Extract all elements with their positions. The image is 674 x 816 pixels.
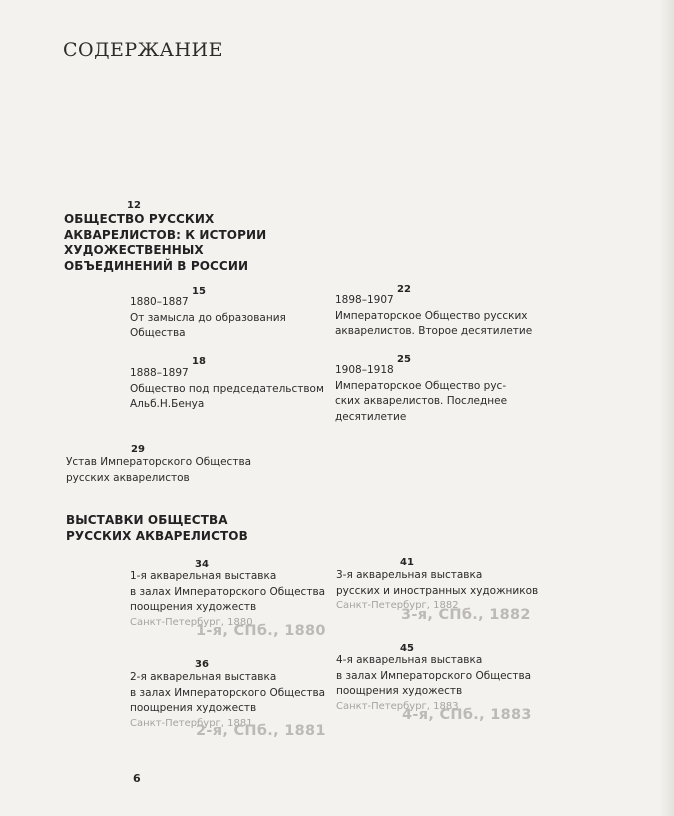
heading-line: ВЫСТАВКИ ОБЩЕСТВА <box>66 513 248 529</box>
heading-line: ОБЩЕСТВО РУССКИХ <box>64 212 266 228</box>
section-heading-exhibitions: ВЫСТАВКИ ОБЩЕСТВА РУССКИХ АКВАРЕЛИСТОВ <box>66 513 248 544</box>
stamp-overlay: 1-я, СПб., 1880 <box>196 623 326 639</box>
entry-title-line: Императорское Общество русских <box>335 309 532 325</box>
toc-entry: 1898–1907 Императорское Общество русских… <box>335 293 532 340</box>
entry-title-line: десятилетие <box>335 410 507 426</box>
heading-line: ОБЪЕДИНЕНИЙ В РОССИИ <box>64 259 266 275</box>
toc-entry-statute: Устав Императорского Общества русских ак… <box>66 455 251 486</box>
entry-title-line: русских и иностранных художников <box>336 584 538 600</box>
heading-line: АКВАРЕЛИСТОВ: К ИСТОРИИ <box>64 228 266 244</box>
entry-title-line: Общество под председательством <box>130 382 324 398</box>
toc-entry: 1880–1887 От замысла до образования Обще… <box>130 295 286 342</box>
entry-title-line: От замысла до образования <box>130 311 286 327</box>
entry-title-line: поощрения художеств <box>336 684 531 700</box>
entry-years: 1888–1897 <box>130 366 324 382</box>
section-page-number: 29 <box>131 444 145 455</box>
entry-title-line: Устав Императорского Общества <box>66 455 251 471</box>
toc-entry: 1888–1897 Общество под председательством… <box>130 366 324 413</box>
entry-title-line: Альб.Н.Бенуа <box>130 397 324 413</box>
toc-entry: 2-я акварельная выставка в залах Императ… <box>130 670 325 731</box>
entry-title-line: 2-я акварельная выставка <box>130 670 325 686</box>
heading-line: ХУДОЖЕСТВЕННЫХ <box>64 243 266 259</box>
entry-title-line: Императорское Общество рус- <box>335 379 507 395</box>
section-page-number: 12 <box>127 200 141 211</box>
entry-title-line: 4-я акварельная выставка <box>336 653 531 669</box>
stamp-overlay: 4-я, СПб., 1883 <box>402 707 532 723</box>
entry-title-line: в залах Императорского Общества <box>130 585 325 601</box>
entry-title-line: поощрения художеств <box>130 701 325 717</box>
toc-entry: 1-я акварельная выставка в залах Императ… <box>130 569 325 630</box>
entry-title-line: 1-я акварельная выставка <box>130 569 325 585</box>
book-page: СОДЕРЖАНИЕ 12 ОБЩЕСТВО РУССКИХ АКВАРЕЛИС… <box>0 0 674 816</box>
heading-line: РУССКИХ АКВАРЕЛИСТОВ <box>66 529 248 545</box>
entry-title-line: в залах Императорского Общества <box>130 686 325 702</box>
stamp-overlay: 2-я, СПб., 1881 <box>196 723 326 739</box>
section-heading-society: ОБЩЕСТВО РУССКИХ АКВАРЕЛИСТОВ: К ИСТОРИИ… <box>64 212 266 274</box>
entry-years: 1898–1907 <box>335 293 532 309</box>
entry-title-line: Общества <box>130 326 286 342</box>
entry-page-number: 41 <box>400 557 414 568</box>
entry-years: 1880–1887 <box>130 295 286 311</box>
entry-title-line: акварелистов. Второе десятилетие <box>335 324 532 340</box>
entry-title-line: ских акварелистов. Последнее <box>335 394 507 410</box>
entry-page-number: 36 <box>195 659 209 670</box>
toc-entry: 4-я акварельная выставка в залах Императ… <box>336 653 531 714</box>
entry-title-line: поощрения художеств <box>130 600 325 616</box>
entry-years: 1908–1918 <box>335 363 507 379</box>
page-title: СОДЕРЖАНИЕ <box>63 39 223 61</box>
entry-title-line: 3-я акварельная выставка <box>336 568 538 584</box>
entry-title-line: русских акварелистов <box>66 471 251 487</box>
toc-entry: 1908–1918 Императорское Общество рус- ск… <box>335 363 507 425</box>
entry-title-line: в залах Императорского Общества <box>336 669 531 685</box>
stamp-overlay: 3-я, СПб., 1882 <box>401 607 531 623</box>
page-folio-number: 6 <box>133 772 141 785</box>
